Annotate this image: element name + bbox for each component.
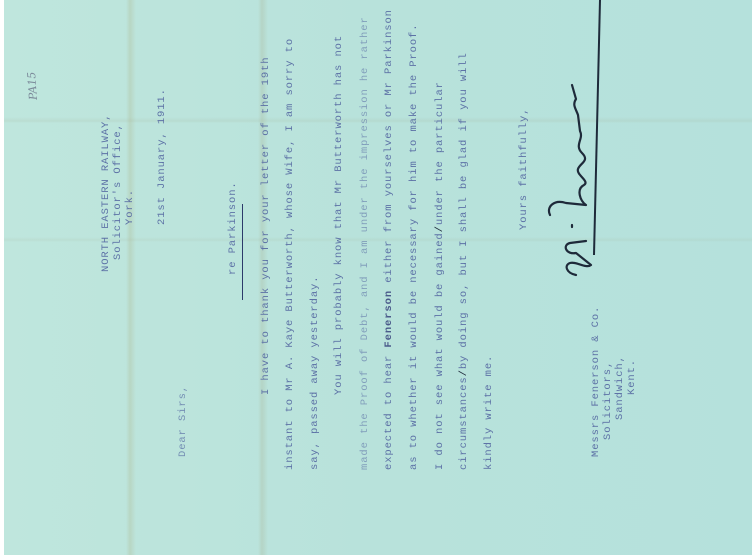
body-line-6: expected to hear Fenerson either from yo… — [383, 9, 395, 470]
body-line-6-start: expected to hear — [383, 355, 395, 470]
signature — [536, 0, 616, 285]
addressee-line-3: Sandwich, — [614, 355, 626, 420]
body-line-6-end: either from yourselves or Mr Parkinson — [383, 9, 395, 290]
struck-word: Fenerson — [383, 290, 395, 348]
pencil-annotation: PA15 — [25, 71, 40, 100]
addressee-line-1: Messrs Fenerson & Co. — [590, 306, 602, 457]
letter-content-rotated: PA15 NORTH EASTERN RAILWAY, Solicitor's … — [4, 0, 754, 555]
body-line-7: as to whether it would be necessary for … — [408, 24, 420, 470]
letterhead-line-1: NORTH EASTERN RAILWAY, — [100, 114, 112, 272]
body-line-3: say, passed away yesterday. — [309, 276, 321, 470]
addressee-line-2: Solicitors, — [602, 361, 614, 440]
body-line-5: made the Proof of Debt, and I am under t… — [359, 16, 371, 470]
letterhead-line-3: York. — [124, 189, 136, 225]
body-line-1: I have to thank you for your letter of t… — [260, 57, 272, 395]
letter-sheet: PA15 NORTH EASTERN RAILWAY, Solicitor's … — [4, 0, 752, 555]
addressee-line-4: Kent. — [626, 359, 638, 395]
body-line-4: You will probably know that Mr Butterwor… — [333, 35, 345, 395]
body-line-8-end: under the particular — [434, 81, 446, 225]
body-line-9: circumstances/by doing so, but I shall b… — [458, 52, 470, 470]
salutation: Dear Sirs, — [177, 385, 189, 457]
body-line-9-end: by doing so, but I shall be glad if you … — [458, 52, 470, 369]
body-line-8-start: I do not see what would be gained — [434, 232, 446, 470]
body-line-9-start: circumstances — [458, 376, 470, 470]
body-line-2: instant to Mr A. Kaye Butterworth, whose… — [284, 38, 296, 470]
subject-line: re Parkinson. — [227, 181, 239, 275]
letterhead-line-2: Solicitor's Office, — [112, 123, 124, 260]
body-line-10: kindly write me. — [483, 355, 495, 470]
letter-date: 21st January, 1911. — [156, 88, 168, 225]
subject-underline — [242, 204, 243, 300]
body-line-8: I do not see what would be gained/under … — [434, 81, 446, 470]
closing: Yours faithfully, — [518, 108, 530, 230]
